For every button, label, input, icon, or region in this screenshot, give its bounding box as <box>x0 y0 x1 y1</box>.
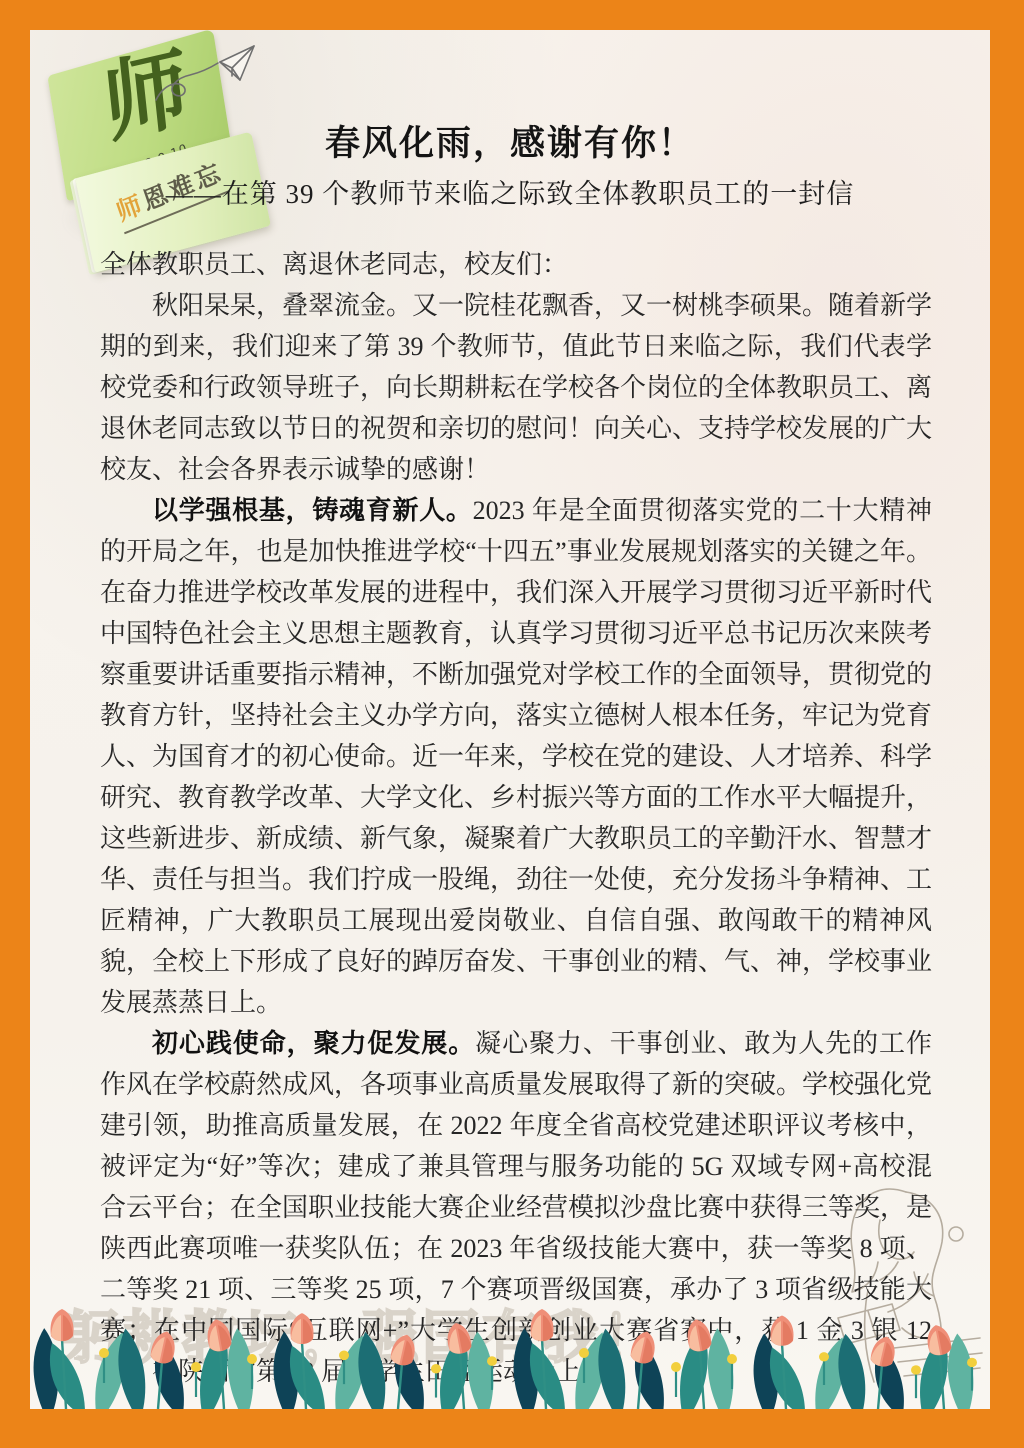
paragraph-2: 以学强根基，铸魂育新人。2023 年是全面贯彻落实党的二十大精神的开局之年，也是… <box>100 490 932 1023</box>
paper: 师 2023.9.10 师恩难忘 春风化雨，感谢有你！ ——在第 39 个教师节… <box>30 30 990 1409</box>
paragraph-2-text: 2023 年是全面贯彻落实党的二十大精神的开局之年，也是加快推进学校“十四五”事… <box>100 496 932 1017</box>
letter-title: 春风化雨，感谢有你！ <box>30 116 990 166</box>
paragraph-1: 秋阳杲杲，叠翠流金。又一院桂花飘香，又一树桃李硕果。随着新学期的到来，我们迎来了… <box>100 285 932 490</box>
paragraph-2-lead: 以学强根基，铸魂育新人。 <box>152 496 473 525</box>
tulip-flower-border <box>30 1291 986 1409</box>
letter-subtitle: ——在第 39 个教师节来临之际致全体教职员工的一封信 <box>30 172 990 211</box>
letter-body: 全体教职员工、离退休老同志，校友们： 秋阳杲杲，叠翠流金。又一院桂花飘香，又一树… <box>100 244 932 1392</box>
page-border: 师 2023.9.10 师恩难忘 春风化雨，感谢有你！ ——在第 39 个教师节… <box>0 0 1024 1448</box>
paper-plane-icon <box>148 42 258 112</box>
paragraph-3-lead: 初心践使命，聚力促发展。 <box>152 1029 475 1058</box>
salutation: 全体教职员工、离退休老同志，校友们： <box>100 244 932 285</box>
paragraph-1-text: 秋阳杲杲，叠翠流金。又一院桂花飘香，又一树桃李硕果。随着新学期的到来，我们迎来了… <box>100 291 932 484</box>
